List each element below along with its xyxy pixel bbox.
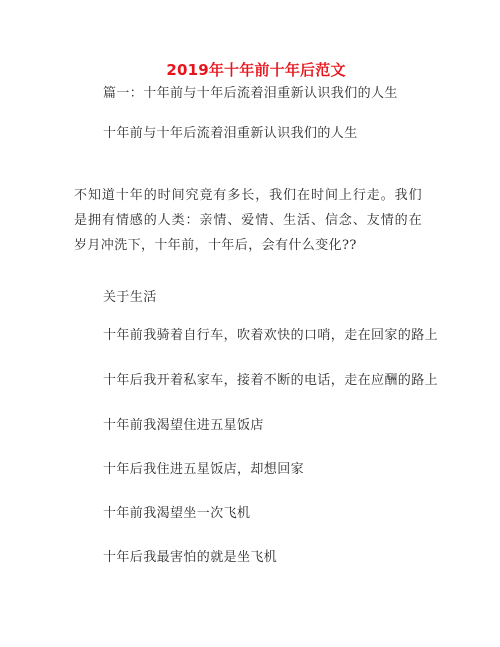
- text-line: 十年前我渴望住进五星饭店: [103, 418, 264, 434]
- document-title: 2019年十年前十年后范文: [0, 59, 500, 80]
- text-line: 十年后我住进五星饭店，却想回家: [103, 462, 304, 478]
- chapter-subtitle: 篇一：十年前与十年后流着泪重新认识我们的人生: [103, 86, 398, 102]
- chapter-heading: 十年前与十年后流着泪重新认识我们的人生: [103, 126, 358, 142]
- intro-paragraph: 不知道十年的时间究竟有多长，我们在时间上行走。我们是拥有情感的人类：亲情、爱情、…: [74, 183, 422, 258]
- text-line: 十年前我骑着自行车，吹着欢快的口哨，走在回家的路上: [103, 328, 438, 344]
- text-line: 十年后我最害怕的就是坐飞机: [103, 550, 277, 566]
- text-line: 十年前我渴望坐一次飞机: [103, 506, 250, 522]
- text-line: 十年后我开着私家车，接着不断的电话，走在应酬的路上: [103, 373, 438, 389]
- section-heading: 关于生活: [103, 290, 157, 306]
- document-page: 2019年十年前十年后范文 篇一：十年前与十年后流着泪重新认识我们的人生 十年前…: [0, 0, 500, 647]
